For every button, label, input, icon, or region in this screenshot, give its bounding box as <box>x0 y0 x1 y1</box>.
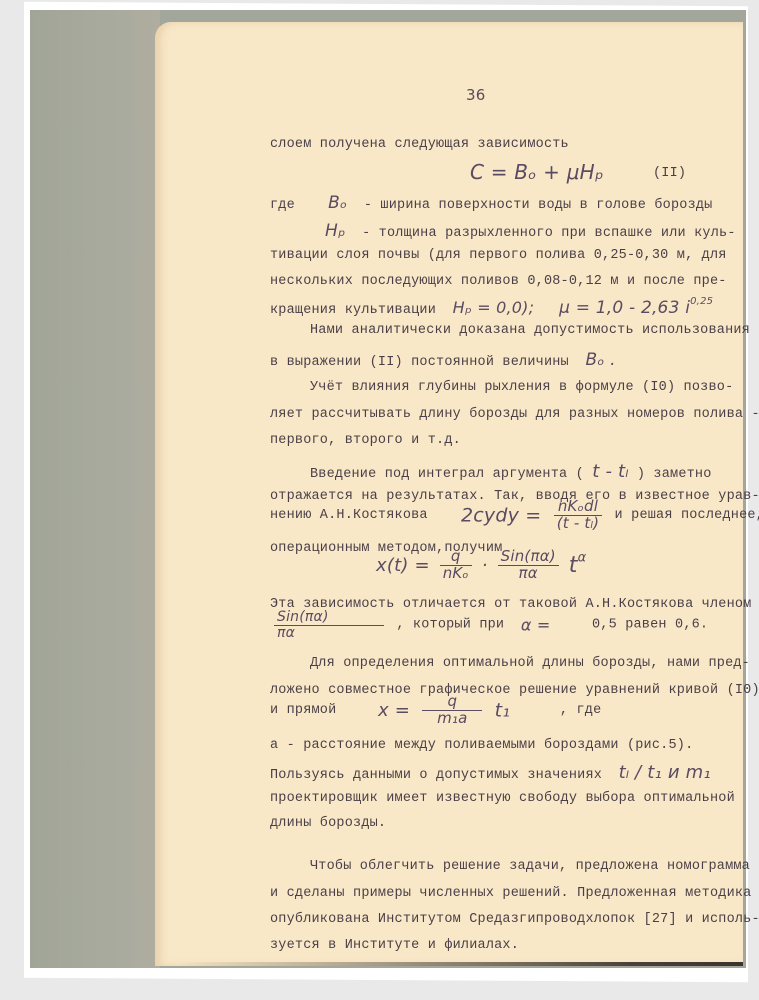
fraction-denominator: nKₒ <box>440 566 472 582</box>
text-line: и сделаны примеры численных решений. Пре… <box>270 886 751 901</box>
fraction-numerator: Sin(πα) <box>274 610 384 626</box>
text-line: первого, второго и т.д. <box>270 433 461 448</box>
fraction-q-nk0: q nKₒ <box>440 549 472 582</box>
text-span: в выражении (II) постоянной величины <box>270 355 569 370</box>
equation-lhs: x(t) = <box>376 555 430 576</box>
kostyakov-lhs: 2cydy = <box>461 504 541 526</box>
text-line: Введение под интеграл аргумента ( t - tₗ… <box>310 461 712 482</box>
text-line: опубликована Институтом Средазгипроводхл… <box>270 912 759 927</box>
text-line: нескольких последующих поливов 0,08-0,12… <box>270 274 727 289</box>
text-line: Чтобы облегчить решение задачи, предложе… <box>310 859 750 874</box>
text-line: в выражении (II) постоянной величины Bₒ … <box>270 350 616 370</box>
text-line: Hₚ - толщина разрыхленного при вспашке и… <box>325 221 736 241</box>
symbol-hp-zero: Hₚ = 0,0); <box>453 298 535 317</box>
text-line: длины борозды. <box>270 816 386 831</box>
equation-x-t: x(t) = q nKₒ · Sin(πα) πα tα <box>376 549 586 582</box>
fraction-sin: Sin(πα) πα <box>498 549 559 582</box>
text-span: Введение под интеграл аргумента ( <box>310 467 584 482</box>
fraction-denominator: (t - tₗ) <box>554 516 603 532</box>
text-line: Для определения оптимальной длины борозд… <box>310 656 750 671</box>
sin-fraction: Sin(πα) πα <box>274 610 384 640</box>
page-number: 36 <box>466 86 486 104</box>
kostyakov-fraction: nKₒdl (t - tₗ) <box>554 499 603 532</box>
text-span: , где <box>560 703 602 718</box>
fraction-q-m1a: q m₁a <box>422 694 482 727</box>
multiply-dot: · <box>482 555 488 576</box>
text-line: тивации слоя почвы (для первого полива 0… <box>270 248 727 263</box>
text-line: где Bₒ - ширина поверхности воды в голов… <box>270 193 712 213</box>
fraction-denominator: πα <box>498 566 559 582</box>
text-line: а - расстояние между поливаемыми борозда… <box>270 738 693 753</box>
text-span: и прямой <box>270 703 336 718</box>
text-span: , который при <box>396 618 504 633</box>
symbol-b0: Bₒ <box>328 193 347 213</box>
mu-exponent: 0,25 <box>690 296 713 307</box>
definition-b0: - ширина поверхности воды в голове бороз… <box>364 198 713 213</box>
text-span: ) заметно <box>637 467 712 482</box>
fraction-denominator: πα <box>274 626 384 641</box>
text-line: Учёт влияния глубины рыхления в формуле … <box>310 380 733 395</box>
alpha-symbol: α = <box>521 616 551 635</box>
definition-hp: - толщина разрыхленного при вспашке или … <box>362 226 736 241</box>
symbol-b0: Bₒ . <box>585 350 615 370</box>
text-line: Нами аналитически доказана допустимость … <box>310 323 750 338</box>
where-label: где <box>270 198 295 213</box>
text-line: нению А.Н.Костякова 2cydy = nKₒdl (t - t… <box>270 499 759 532</box>
text-line: Пользуясь данными о допустимых значениях… <box>270 762 711 783</box>
text-line: проектировщик имеет известную свободу вы… <box>270 791 735 806</box>
equation-11-label: (II) <box>653 166 686 181</box>
text-span: нению А.Н.Костякова <box>270 508 428 523</box>
line-equation-t1: t₁ <box>495 699 510 721</box>
equation-exponent: α <box>578 550 587 565</box>
text-span: Пользуясь данными о допустимых значениях <box>270 768 602 783</box>
text-line: слоем получена следующая зависимость <box>270 137 569 152</box>
ratio-symbols: tₗ / t₁ и m₁ <box>619 762 711 783</box>
text-span: и решая последнее, <box>615 508 759 523</box>
text-line: и прямой x = q m₁a t₁ , где <box>270 694 601 727</box>
equation-11: C = Bₒ + μHₚ <box>470 160 604 184</box>
document-body: 36 слоем получена следующая зависимость … <box>0 0 759 1000</box>
symbol-hp: Hₚ <box>325 221 345 241</box>
line-equation-lhs: x = <box>378 700 410 721</box>
equation-t: t <box>569 553 578 578</box>
text-line: кращения культивации Hₚ = 0,0); μ = 1,0 … <box>270 296 713 318</box>
text-span: 0,5 равен 0,6. <box>592 618 708 633</box>
mu-formula: μ = 1,0 - 2,63 i <box>559 298 690 318</box>
fraction-denominator: m₁a <box>422 711 482 727</box>
argument-formula: t - tₗ <box>592 461 628 482</box>
text-line: Sin(πα) πα , который при α = 0,5 равен 0… <box>270 610 708 640</box>
text-span: кращения культивации <box>270 303 436 318</box>
text-line: зуется в Институте и филиалах. <box>270 938 519 953</box>
text-line: ляет рассчитывать длину борозды для разн… <box>270 407 759 422</box>
